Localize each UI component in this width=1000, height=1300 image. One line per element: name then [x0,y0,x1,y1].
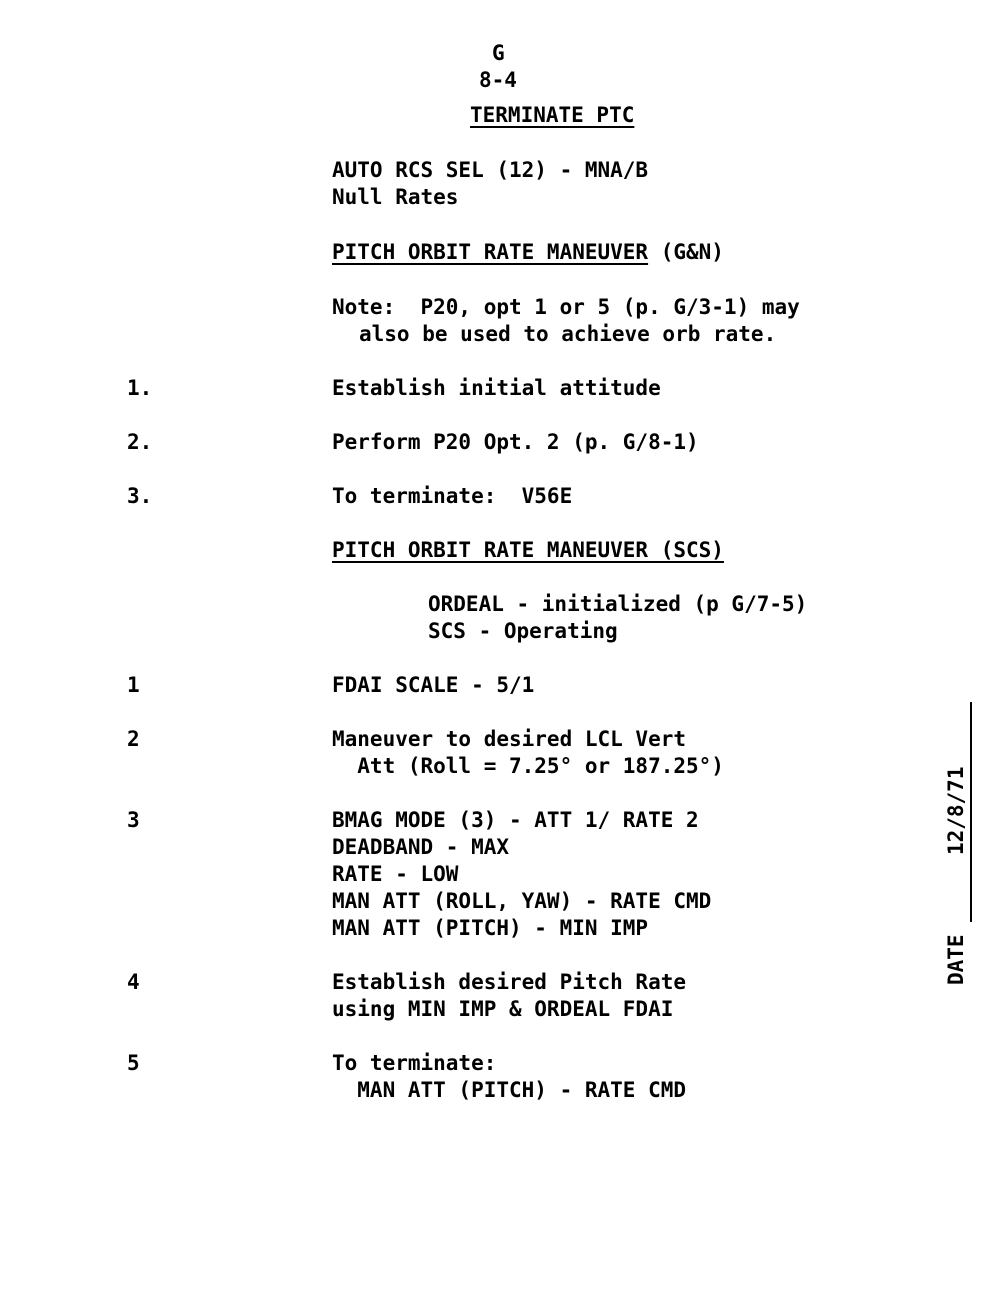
scs-prereq-2: SCS - Operating [428,618,618,645]
gn-step-2-text: Perform P20 Opt. 2 (p. G/8-1) [332,429,699,456]
gn-section-title: PITCH ORBIT RATE MANEUVER [332,240,648,264]
scs-step-5-line-2: MAN ATT (PITCH) - RATE CMD [332,1077,686,1104]
scs-step-3-line-2: DEADBAND - MAX [332,834,509,861]
date-label: DATE [944,934,968,985]
page-title: TERMINATE PTC [470,102,634,129]
gn-note-line-1: Note: P20, opt 1 or 5 (p. G/3-1) may [332,294,800,321]
intro-line-2: Null Rates [332,184,458,211]
date-stamp: DATE 12/8/71 [944,702,972,985]
scs-step-1-text: FDAI SCALE - 5/1 [332,672,534,699]
gn-step-2-number: 2. [127,429,152,456]
scs-step-5-number: 5 [127,1050,140,1077]
scs-step-5-line-1: To terminate: [332,1050,496,1077]
scs-step-4-line-1: Establish desired Pitch Rate [332,969,686,996]
gn-section-heading: PITCH ORBIT RATE MANEUVER (G&N) [332,239,724,266]
scs-step-3-line-3: RATE - LOW [332,861,458,888]
gn-step-3-number: 3. [127,483,152,510]
scs-step-3-line-1: BMAG MODE (3) - ATT 1/ RATE 2 [332,807,699,834]
scs-step-3-line-5: MAN ATT (PITCH) - MIN IMP [332,915,648,942]
scs-step-3-number: 3 [127,807,140,834]
intro-line-1: AUTO RCS SEL (12) - MNA/B [332,157,648,184]
gn-section-suffix: (G&N) [648,240,724,264]
scs-step-3-line-4: MAN ATT (ROLL, YAW) - RATE CMD [332,888,711,915]
date-value: 12/8/71 [944,702,972,922]
scs-step-4-number: 4 [127,969,140,996]
scs-step-2-line-2: Att (Roll = 7.25° or 187.25°) [332,753,724,780]
scs-step-2-number: 2 [127,726,140,753]
scs-step-4-line-2: using MIN IMP & ORDEAL FDAI [332,996,673,1023]
gn-note-line-2: also be used to achieve orb rate. [359,321,776,348]
scs-step-1-number: 1 [127,672,140,699]
page-number: 8-4 [479,67,517,94]
scs-prereq-1: ORDEAL - initialized (p G/7-5) [428,591,807,618]
gn-step-3-text: To terminate: V56E [332,483,572,510]
gn-step-1-number: 1. [127,375,152,402]
scs-step-2-line-1: Maneuver to desired LCL Vert [332,726,686,753]
gn-step-1-text: Establish initial attitude [332,375,661,402]
section-letter: G [492,40,505,67]
scs-section-title: PITCH ORBIT RATE MANEUVER (SCS) [332,537,724,564]
